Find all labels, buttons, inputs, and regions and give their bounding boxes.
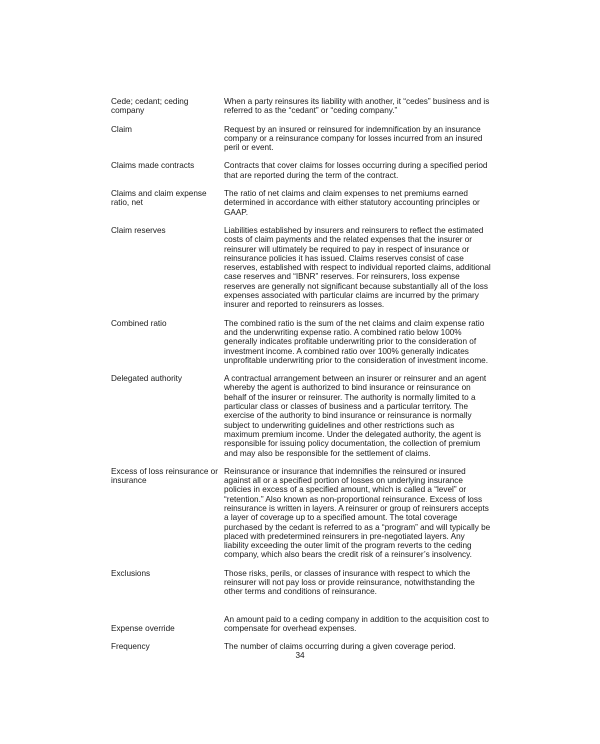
glossary-entry-claim: Claim Request by an insured or reinsured…	[111, 125, 491, 153]
glossary-entry-expense-override: Expense override An amount paid to a ced…	[111, 615, 491, 634]
glossary-entry-delegated-authority: Delegated authority A contractual arrang…	[111, 374, 491, 458]
glossary-entry-claim-reserves: Claim reserves Liabilities established b…	[111, 226, 491, 310]
glossary-definition: Liabilities established by insurers and …	[224, 226, 491, 310]
glossary-term: Expense override	[111, 624, 224, 633]
glossary-term: Combined ratio	[111, 319, 224, 365]
glossary-term: Excess of loss reinsurance or insurance	[111, 467, 224, 560]
glossary-entry-claims-made-contracts: Claims made contracts Contracts that cov…	[111, 161, 491, 180]
page-number: 34	[0, 651, 600, 660]
glossary-term: Claim	[111, 125, 224, 153]
glossary-definition: Request by an insured or reinsured for i…	[224, 125, 491, 153]
glossary-definition: Contracts that cover claims for losses o…	[224, 161, 491, 180]
glossary-definition: An amount paid to a ceding company in ad…	[224, 615, 491, 634]
glossary-term: Exclusions	[111, 569, 224, 597]
glossary-definition: When a party reinsures its liability wit…	[224, 97, 491, 116]
glossary-entry-combined-ratio: Combined ratio The combined ratio is the…	[111, 319, 491, 365]
glossary-list: Cede; cedant; ceding company When a part…	[111, 97, 491, 652]
glossary-term: Delegated authority	[111, 374, 224, 458]
glossary-term: Claim reserves	[111, 226, 224, 310]
glossary-entry-claims-expense-ratio: Claims and claim expense ratio, net The …	[111, 189, 491, 217]
glossary-definition: Reinsurance or insurance that indemnifie…	[224, 467, 491, 560]
glossary-term: Claims made contracts	[111, 161, 224, 180]
glossary-entry-excess-of-loss: Excess of loss reinsurance or insurance …	[111, 467, 491, 560]
glossary-definition: The combined ratio is the sum of the net…	[224, 319, 491, 365]
glossary-definition: Those risks, perils, or classes of insur…	[224, 569, 491, 597]
glossary-entry-exclusions: Exclusions Those risks, perils, or class…	[111, 569, 491, 597]
glossary-definition: A contractual arrangement between an ins…	[224, 374, 491, 458]
glossary-entry-cede: Cede; cedant; ceding company When a part…	[111, 97, 491, 116]
glossary-definition: The ratio of net claims and claim expens…	[224, 189, 491, 217]
glossary-term: Claims and claim expense ratio, net	[111, 189, 224, 217]
glossary-term: Cede; cedant; ceding company	[111, 97, 224, 116]
